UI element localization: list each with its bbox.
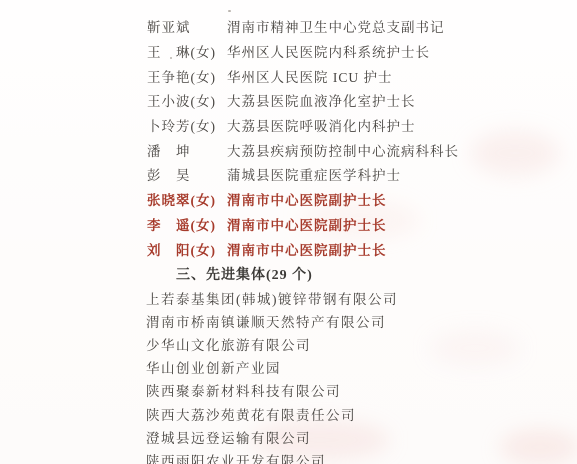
person-name: 李 遥(女): [147, 214, 227, 234]
collective-row: 陕西大荔沙苑黄花有限责任公司: [146, 402, 546, 425]
person-row: 王 琳(女) 华州区人民医院内科系统护士长: [147, 39, 547, 64]
person-row: 靳亚斌 渭南市精神卫生中心党总支副书记: [147, 14, 547, 39]
person-row: 彭 昊 蒲城县医院重症医学科护士: [147, 162, 547, 187]
collective-row: 华山创业创新产业园: [146, 356, 546, 379]
person-name: 张晓翠(女): [147, 189, 227, 209]
person-name: 王小波(女): [147, 90, 227, 110]
collective-row: 澄城县远登运输有限公司: [146, 425, 546, 448]
person-row: 卜玲芳(女) 大荔县医院呼吸消化内科护士: [147, 113, 547, 138]
person-row: 张晓翠(女) 渭南市中心医院副护士长: [147, 187, 547, 212]
person-title: 华州区人民医院 ICU 护士: [227, 66, 393, 86]
person-title: 大荔县医院呼吸消化内科护士: [227, 115, 416, 135]
person-name: 刘 阳(女): [147, 239, 227, 259]
collective-row: 陕西聚泰新材料科技有限公司: [146, 379, 546, 402]
person-title: 大荔县医院血液净化室护士长: [227, 90, 416, 110]
person-name: 彭 昊: [147, 164, 227, 184]
person-title: 渭南市中心医院副护士长: [227, 214, 387, 234]
section-header-advanced-collectives: 三、先进集体(29 个): [176, 264, 313, 284]
advanced-individuals-list: 靳亚斌 渭南市精神卫生中心党总支副书记 王 琳(女) 华州区人民医院内科系统护士…: [147, 14, 547, 261]
scan-speck: [228, 10, 231, 12]
advanced-collectives-list: 上若泰基集团(韩城)镀锌带钢有限公司 渭南市桥南镇谦顺天然特产有限公司 少华山文…: [146, 286, 546, 464]
collective-row: 少华山文化旅游有限公司: [146, 332, 546, 355]
person-title: 华州区人民医院内科系统护士长: [227, 41, 430, 61]
person-name: 王争艳(女): [147, 66, 227, 86]
person-title: 渭南市中心医院副护士长: [227, 189, 387, 209]
collective-row: 陕西雨阳农业开发有限公司: [146, 448, 546, 464]
person-row: 李 遥(女) 渭南市中心医院副护士长: [147, 212, 547, 237]
person-name: 靳亚斌: [147, 16, 227, 36]
person-title: 蒲城县医院重症医学科护士: [227, 164, 401, 184]
person-row: 王小波(女) 大荔县医院血液净化室护士长: [147, 88, 547, 113]
person-name: 王 琳(女): [147, 41, 227, 61]
scanned-document-page: 靳亚斌 渭南市精神卫生中心党总支副书记 王 琳(女) 华州区人民医院内科系统护士…: [0, 0, 577, 464]
person-title: 渭南市精神卫生中心党总支副书记: [227, 16, 445, 36]
person-row: 刘 阳(女) 渭南市中心医院副护士长: [147, 236, 547, 261]
person-name: 卜玲芳(女): [147, 115, 227, 135]
person-name: 潘 坤: [147, 140, 227, 160]
collective-row: 上若泰基集团(韩城)镀锌带钢有限公司: [146, 286, 546, 309]
person-row: 王争艳(女) 华州区人民医院 ICU 护士: [147, 63, 547, 88]
person-row: 潘 坤 大荔县疾病预防控制中心流病科科长: [147, 137, 547, 162]
collective-row: 渭南市桥南镇谦顺天然特产有限公司: [146, 309, 546, 332]
person-title: 渭南市中心医院副护士长: [227, 239, 387, 259]
person-title: 大荔县疾病预防控制中心流病科科长: [227, 140, 459, 160]
